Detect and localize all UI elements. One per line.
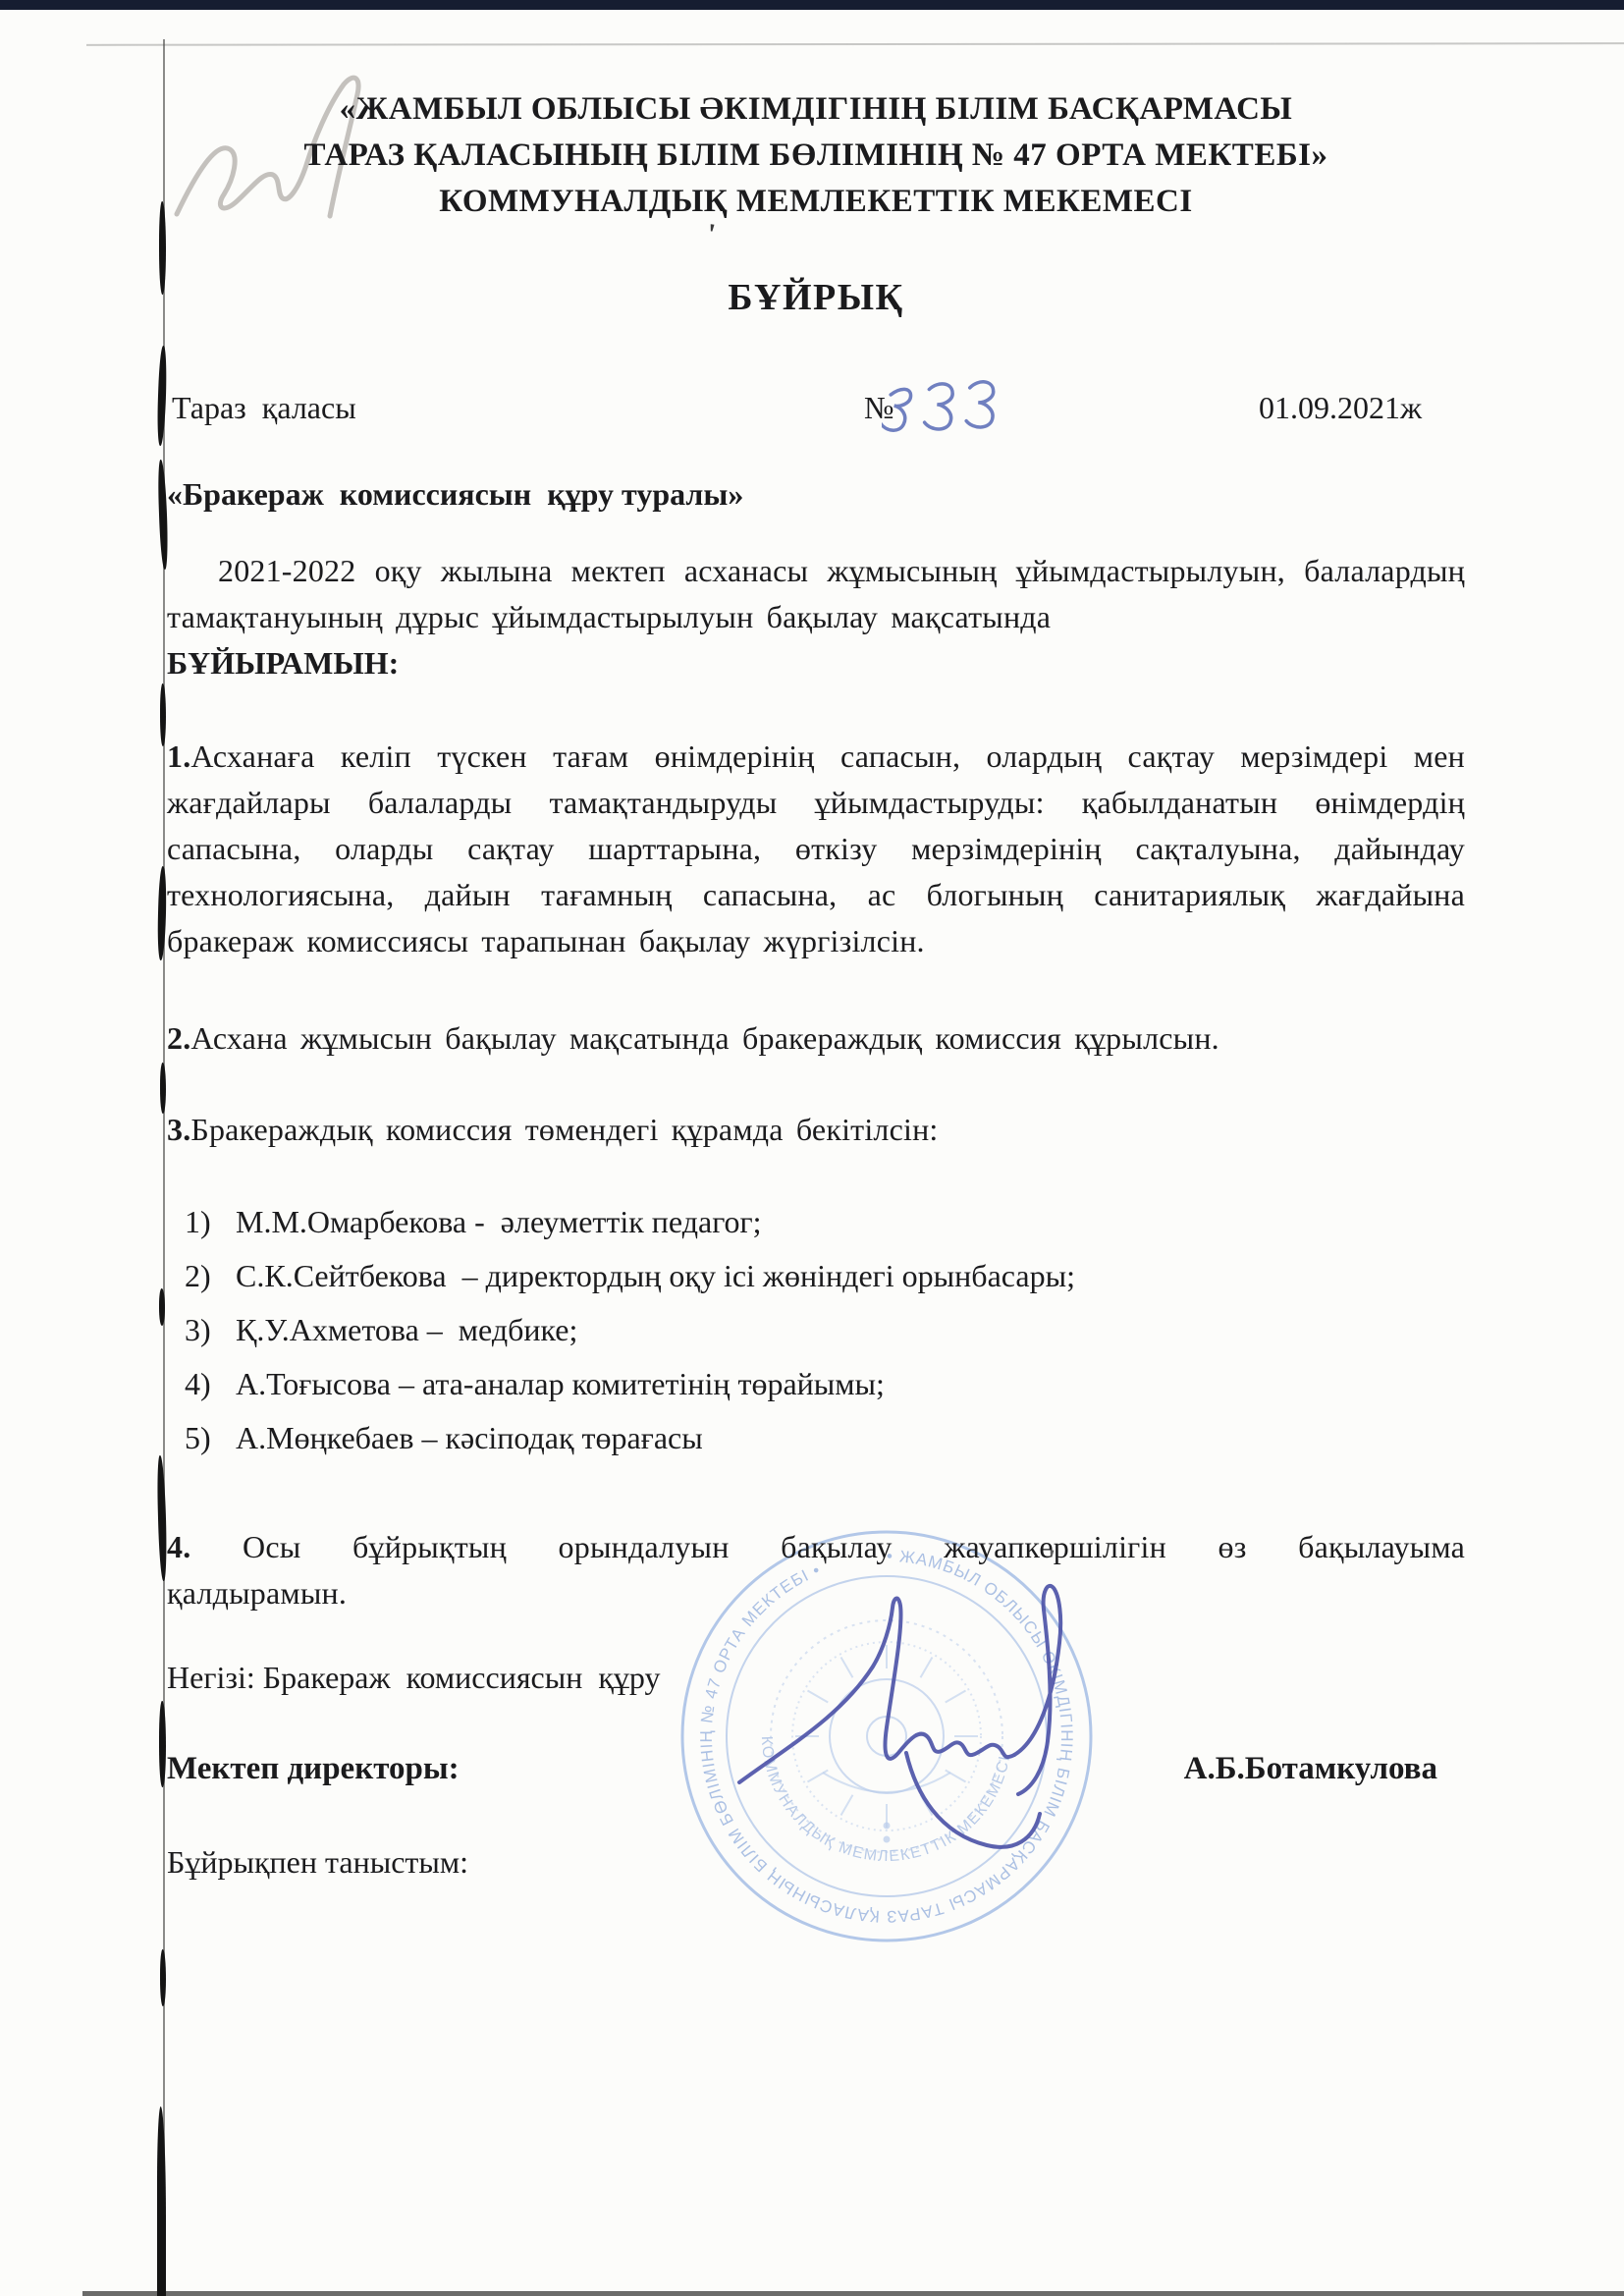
member-text: Қ.У.Ахметова – медбике; xyxy=(236,1312,577,1347)
order-title: БҰЙРЫҚ xyxy=(167,276,1465,319)
acknowledged-label: Бұйрықпен таныстым: xyxy=(167,1844,1465,1881)
clause-number: 3. xyxy=(167,1112,190,1147)
order-clause-3: 3.Бракераждық комиссия төмендегі құрамда… xyxy=(167,1107,1465,1153)
order-clause-4: 4. Осы бұйрықтың орындалуын бақылау жауа… xyxy=(167,1524,1465,1616)
member-text: А.Мөңкебаев – кәсіподақ төрағасы xyxy=(236,1420,703,1455)
order-city: Тараз қаласы xyxy=(172,390,356,426)
member-number: 2) xyxy=(185,1249,236,1303)
intro-paragraph: 2021-2022 оқу жылына мектеп асханасы жұм… xyxy=(167,548,1465,640)
binding-mark xyxy=(160,1949,166,2006)
order-clause-1: 1.Асханаға келіп түскен тағам өнімдеріні… xyxy=(167,734,1465,964)
clause-number: 2. xyxy=(167,1020,190,1056)
clause-text: Бракераждық комиссия төмендегі құрамда б… xyxy=(190,1112,938,1147)
member-number: 3) xyxy=(185,1303,236,1357)
commission-member: 4)А.Тоғысова – ата-аналар комитетінің тө… xyxy=(167,1357,1465,1411)
binding-mark xyxy=(156,1455,167,1581)
member-text: М.М.Омарбекова - әлеуметтік педагог; xyxy=(236,1204,762,1239)
intro-text: 2021-2022 оқу жылына мектеп асханасы жұм… xyxy=(167,553,1465,634)
binding-mark xyxy=(160,1063,166,1114)
member-text: А.Тоғысова – ата-аналар комитетінің төра… xyxy=(236,1366,885,1401)
clause-number: 1. xyxy=(167,738,190,774)
order-subject: «Бракераж комиссиясын құру туралы» xyxy=(167,476,1465,513)
commission-member: 2)С.К.Сейтбекова – директордың оқу ісі ж… xyxy=(167,1249,1465,1303)
header-line-3: КОММУНАЛДЫҚ МЕМЛЕКЕТТІК МЕКЕМЕСІ xyxy=(167,179,1465,225)
commission-member: 3)Қ.У.Ахметова – медбике; xyxy=(167,1303,1465,1357)
commission-list: 1)М.М.Омарбекова - әлеуметтік педагог; 2… xyxy=(167,1195,1465,1465)
clause-text: Осы бұйрықтың орындалуын бақылау жауапке… xyxy=(167,1529,1465,1611)
commission-member: 1)М.М.Омарбекова - әлеуметтік педагог; xyxy=(167,1195,1465,1249)
paper-edge-bottom xyxy=(82,2291,1624,2296)
basis-line: Негізі: Бракераж комиссиясын құру xyxy=(167,1660,1465,1696)
header-line-1: «ЖАМБЫЛ ОБЛЫСЫ ӘКІМДІГІНІҢ БІЛІМ БАСҚАРМ… xyxy=(167,86,1465,133)
member-number: 4) xyxy=(185,1357,236,1411)
document-content: «ЖАМБЫЛ ОБЛЫСЫ ӘКІМДІГІНІҢ БІЛІМ БАСҚАРМ… xyxy=(167,0,1465,1881)
order-date: 01.09.2021ж xyxy=(1259,390,1422,426)
order-meta-row: Тараз қаласы № 01.09.2021ж xyxy=(167,390,1465,435)
binding-mark xyxy=(157,866,168,960)
order-clause-2: 2.Асхана жұмысын бақылау мақсатында брак… xyxy=(167,1015,1465,1062)
clause-number: 4. xyxy=(167,1529,190,1564)
director-label: Мектеп директоры: xyxy=(167,1751,460,1787)
binding-mark xyxy=(159,1701,166,1787)
scanned-order-document: ' ' • ЖАМБЫЛ ОБЛЫСЫ ӘКІМДІГІНІҢ БІЛІМ БА… xyxy=(0,0,1624,2296)
member-number: 5) xyxy=(185,1411,236,1465)
clause-text: Асхана жұмысын бақылау мақсатында бракер… xyxy=(190,1020,1218,1056)
member-number: 1) xyxy=(185,1195,236,1249)
clause-text: Асханаға келіп түскен тағам өнімдерінің … xyxy=(167,738,1465,958)
header-line-2: ТАРАЗ ҚАЛАСЫНЫҢ БІЛІМ БӨЛІМІНІҢ № 47 ОРТ… xyxy=(167,133,1465,179)
signature-row: Мектеп директоры: А.Б.Ботамкулова xyxy=(167,1751,1465,1787)
binding-mark xyxy=(160,683,166,746)
binding-mark xyxy=(159,1288,165,1326)
document-header: «ЖАМБЫЛ ОБЛЫСЫ ӘКІМДІГІНІҢ БІЛІМ БАСҚАРМ… xyxy=(167,86,1465,225)
member-text: С.К.Сейтбекова – директордың оқу ісі жөн… xyxy=(236,1258,1075,1293)
commission-member: 5)А.Мөңкебаев – кәсіподақ төрағасы xyxy=(167,1411,1465,1465)
order-number-label: № xyxy=(864,390,894,426)
director-name: А.Б.Ботамкулова xyxy=(1184,1751,1437,1787)
resolve-word: БҰЙЫРАМЫН: xyxy=(167,640,1465,686)
